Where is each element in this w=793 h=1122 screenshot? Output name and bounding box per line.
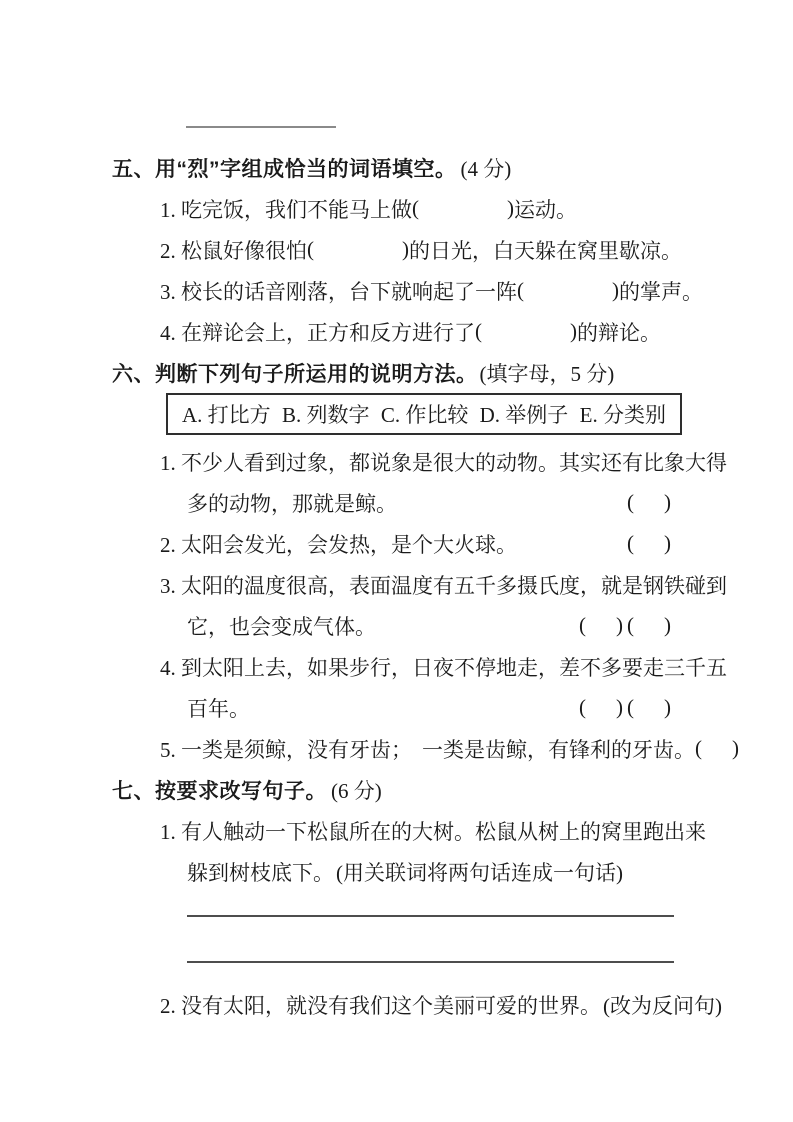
option-e: E. 分类别 — [580, 399, 666, 429]
close-paren: ) — [570, 319, 577, 344]
option-a: A. 打比方 — [182, 399, 271, 429]
open-paren: ( — [475, 319, 482, 344]
close-paren: ) — [664, 613, 671, 637]
question-item-7-1-line-1: 1. 有人触动一下松鼠所在的大树。松鼠从树上的窝里跑出来 — [112, 810, 685, 851]
question-item-6-3-line-2: 它，也会变成气体。 ()() — [112, 605, 685, 646]
section-7-title: 按要求改写句子。 — [155, 775, 327, 805]
worksheet-content: 五、用“烈”字组成恰当的词语填空。(4 分) 1. 吃完饭，我们不能马上做()运… — [112, 106, 685, 1025]
close-paren: ) — [402, 237, 409, 262]
option-c: C. 作比较 — [381, 399, 469, 429]
answer-brackets: () — [695, 736, 739, 761]
open-paren: ( — [517, 278, 524, 303]
answer-line-top — [186, 126, 336, 128]
carryover-answer-row — [112, 106, 685, 147]
section-6-title: 判断下列句子所运用的说明方法。 — [155, 358, 478, 388]
answer-bracket: () — [627, 490, 671, 515]
question-text: 3. 校长的话音刚落，台下就响起了一阵 — [160, 276, 517, 306]
answer-bracket: () — [695, 736, 739, 761]
section-7-header: 七、按要求改写句子。(6 分) — [112, 769, 685, 810]
question-text: 3. 太阳的温度很高，表面温度有五千多摄氏度，就是钢铁碰到 — [160, 570, 727, 600]
answer-brackets: () — [627, 490, 671, 515]
open-paren: ( — [579, 613, 586, 637]
question-item-5-2: 2. 松鼠好像很怕()的日光，白天躲在窝里歇凉。 — [112, 229, 685, 270]
open-paren: ( — [627, 695, 634, 719]
section-5-header: 五、用“烈”字组成恰当的词语填空。(4 分) — [112, 147, 685, 188]
question-text: 运动。 — [514, 194, 577, 224]
open-paren: ( — [627, 613, 634, 637]
answer-bracket: () — [579, 695, 623, 720]
section-5-points: (4 分) — [461, 153, 512, 183]
answer-bracket: () — [627, 613, 671, 638]
section-6-header: 六、判断下列句子所运用的说明方法。(填字母，5 分) — [112, 352, 685, 393]
question-text-part: 一类是齿鲸，有锋利的牙齿。 — [422, 738, 695, 762]
section-5-title: 用“烈”字组成恰当的词语填空。 — [155, 153, 457, 183]
answer-bracket: () — [627, 531, 671, 556]
question-item-6-1-line-1: 1. 不少人看到过象，都说象是很大的动物。其实还有比象大得 — [112, 441, 685, 482]
answer-line-1 — [187, 915, 674, 917]
question-item-6-1-line-2: 多的动物，那就是鲸。 () — [112, 482, 685, 523]
close-paren: ) — [612, 278, 619, 303]
question-text: 1. 吃完饭，我们不能马上做 — [160, 194, 412, 224]
close-paren: ) — [664, 531, 671, 555]
question-text: 多的动物，那就是鲸。 — [187, 488, 397, 518]
fill-blank: () — [517, 278, 619, 303]
question-item-6-3-line-1: 3. 太阳的温度很高，表面温度有五千多摄氏度，就是钢铁碰到 — [112, 564, 685, 605]
section-7-number: 七、 — [112, 775, 155, 805]
answer-bracket: () — [579, 613, 623, 638]
open-paren: ( — [627, 490, 634, 514]
answer-line-2 — [187, 961, 674, 963]
open-paren: ( — [579, 695, 586, 719]
question-text: 2. 松鼠好像很怕 — [160, 235, 307, 265]
question-text: 1. 有人触动一下松鼠所在的大树。 — [160, 816, 475, 846]
open-paren: ( — [695, 736, 702, 760]
question-item-5-1: 1. 吃完饭，我们不能马上做()运动。 — [112, 188, 685, 229]
question-text: 的掌声。 — [619, 276, 703, 306]
question-text: 4. 到太阳上去，如果步行，日夜不停地走，差不多要走三千五 — [160, 652, 727, 682]
instruction-note: (用关联词将两句话连成一句话) — [336, 857, 623, 887]
answer-brackets: ()() — [579, 613, 671, 638]
question-item-5-3: 3. 校长的话音刚落，台下就响起了一阵()的掌声。 — [112, 270, 685, 311]
question-text: 1. 不少人看到过象，都说象是很大的动物。其实还有比象大得 — [160, 447, 727, 477]
answer-brackets: ()() — [579, 695, 671, 720]
question-text: 松鼠从树上的窝里跑出来 — [475, 816, 706, 846]
question-item-6-4-line-1: 4. 到太阳上去，如果步行，日夜不停地走，差不多要走三千五 — [112, 646, 685, 687]
close-paren: ) — [507, 196, 514, 221]
question-item-5-4: 4. 在辩论会上，正方和反方进行了()的辩论。 — [112, 311, 685, 352]
question-text: 躲到树枝底下。 — [187, 857, 334, 887]
open-paren: ( — [412, 196, 419, 221]
option-d: D. 举例子 — [480, 399, 569, 429]
question-text: 的辩论。 — [577, 317, 661, 347]
section-5-number: 五、 — [112, 153, 155, 183]
fill-blank: () — [307, 237, 409, 262]
instruction-note: (改为反问句) — [603, 990, 722, 1020]
fill-blank: () — [412, 196, 514, 221]
question-text: 4. 在辩论会上，正方和反方进行了 — [160, 317, 475, 347]
question-text-part: 5. 一类是须鲸，没有牙齿； — [160, 738, 412, 762]
section-6-note: (填字母，5 分) — [480, 358, 615, 388]
question-text: 百年。 — [187, 693, 250, 723]
question-text: 它，也会变成气体。 — [187, 611, 376, 641]
question-item-6-2: 2. 太阳会发光，会发热，是个大火球。 () — [112, 523, 685, 564]
answer-bracket: () — [627, 695, 671, 720]
section-6-number: 六、 — [112, 358, 155, 388]
question-item-7-2: 2. 没有太阳，就没有我们这个美丽可爱的世界。(改为反问句) — [112, 984, 685, 1025]
option-b: B. 列数字 — [282, 399, 370, 429]
question-text: 2. 没有太阳，就没有我们这个美丽可爱的世界。 — [160, 990, 601, 1020]
question-item-6-5: 5. 一类是须鲸，没有牙齿；一类是齿鲸，有锋利的牙齿。 () — [112, 728, 685, 769]
question-text: 2. 太阳会发光，会发热，是个大火球。 — [160, 529, 517, 559]
open-paren: ( — [627, 531, 634, 555]
section-7-points: (6 分) — [331, 775, 382, 805]
close-paren: ) — [664, 695, 671, 719]
worksheet-page: 五、用“烈”字组成恰当的词语填空。(4 分) 1. 吃完饭，我们不能马上做()运… — [0, 0, 793, 1122]
close-paren: ) — [616, 695, 623, 719]
options-box: A. 打比方 B. 列数字 C. 作比较 D. 举例子 E. 分类别 — [166, 393, 682, 435]
open-paren: ( — [307, 237, 314, 262]
fill-blank: () — [475, 319, 577, 344]
question-item-6-4-line-2: 百年。 ()() — [112, 687, 685, 728]
question-text: 5. 一类是须鲸，没有牙齿；一类是齿鲸，有锋利的牙齿。 — [160, 734, 695, 764]
question-text: 的日光，白天躲在窝里歇凉。 — [409, 235, 682, 265]
close-paren: ) — [732, 736, 739, 760]
question-item-7-1-line-2: 躲到树枝底下。(用关联词将两句话连成一句话) — [112, 851, 685, 892]
answer-brackets: () — [627, 531, 671, 556]
close-paren: ) — [664, 490, 671, 514]
close-paren: ) — [616, 613, 623, 637]
